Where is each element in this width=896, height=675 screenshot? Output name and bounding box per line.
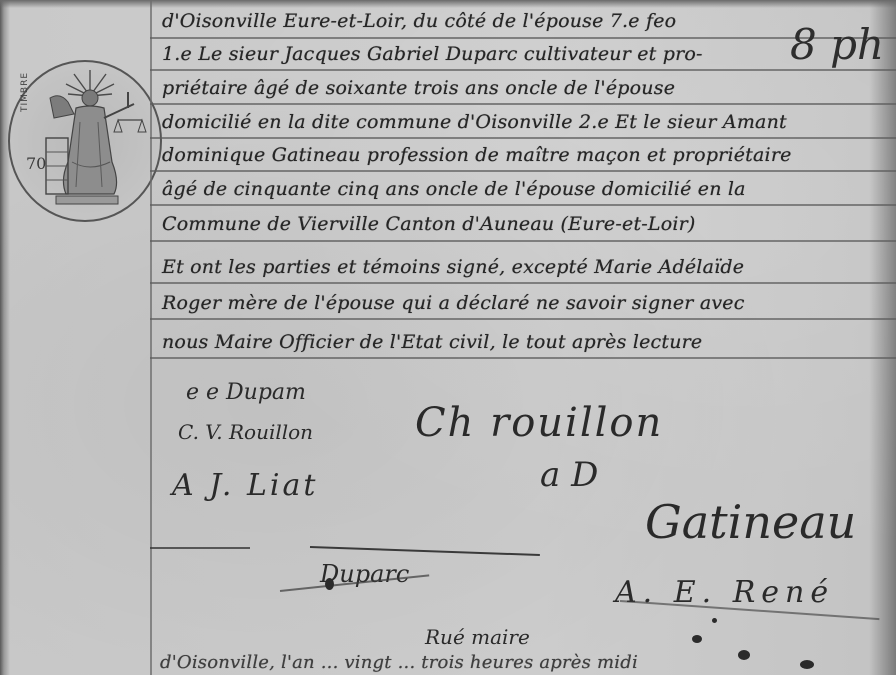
ruled-line <box>150 69 896 71</box>
text-line-2: 1.e Le sieur Jacques Gabriel Duparc cult… <box>162 43 703 65</box>
justice-seal-icon <box>10 62 160 220</box>
signature-flourish <box>310 546 540 556</box>
text-line-4: domicilié en la dite commune d'Oisonvill… <box>162 111 787 133</box>
seal-stamp: TIMBRE 70 <box>8 60 162 222</box>
text-line-5: dominique Gatineau profession de maître … <box>162 144 792 166</box>
signature-initials: a D <box>540 455 598 495</box>
scan-shadow <box>0 0 896 8</box>
signature-ae-rene: A. E. René <box>615 575 834 610</box>
text-line-7: Commune de Vierville Canton d'Auneau (Eu… <box>162 213 696 235</box>
signature-mayor: Rué maire <box>425 625 530 649</box>
signature-underline <box>150 547 250 549</box>
text-line-1: d'Oisonville Eure-et-Loir, du côté de l'… <box>162 10 676 32</box>
ruled-line <box>150 204 896 206</box>
ink-blot <box>800 660 814 669</box>
text-line-10: nous Maire Officier de l'Etat civil, le … <box>162 331 702 353</box>
ink-blot <box>692 635 702 643</box>
ink-blot <box>738 650 750 660</box>
signature-gatineau: Gatineau <box>645 495 856 549</box>
ruled-line <box>150 240 896 242</box>
text-line-bottom-partial: d'Oisonville, l'an ... vingt ... trois h… <box>160 652 638 673</box>
ruled-line <box>150 37 896 39</box>
seal-price: 70 <box>26 154 46 173</box>
signature-cv-rouillon: C. V. Rouillon <box>178 420 313 444</box>
margin-annotation: 8 ph <box>790 20 884 69</box>
text-line-8: Et ont les parties et témoins signé, exc… <box>162 256 744 278</box>
signature-aj-liat: A J. Liat <box>172 468 318 503</box>
signature-dupam: e e Dupam <box>186 380 306 405</box>
ruled-line <box>150 103 896 105</box>
ruled-line <box>150 137 896 139</box>
ruled-line <box>150 357 896 359</box>
document-page: TIMBRE 70 d'Oisonville Eure-et-Loir, du … <box>0 0 896 675</box>
seal-inscription: TIMBRE <box>20 72 30 112</box>
margin-line <box>150 0 152 675</box>
text-line-3: priétaire âgé de soixante trois ans oncl… <box>162 77 675 99</box>
ruled-line <box>150 170 896 172</box>
ruled-line <box>150 318 896 320</box>
text-line-9: Roger mère de l'épouse qui a déclaré ne … <box>162 292 745 314</box>
ink-blot <box>325 578 334 590</box>
ruled-line <box>150 282 896 284</box>
ink-blot <box>712 618 717 623</box>
signature-ch-rouillon: Ch rouillon <box>415 400 663 446</box>
text-line-6: âgé de cinquante cinq ans oncle de l'épo… <box>162 178 746 200</box>
